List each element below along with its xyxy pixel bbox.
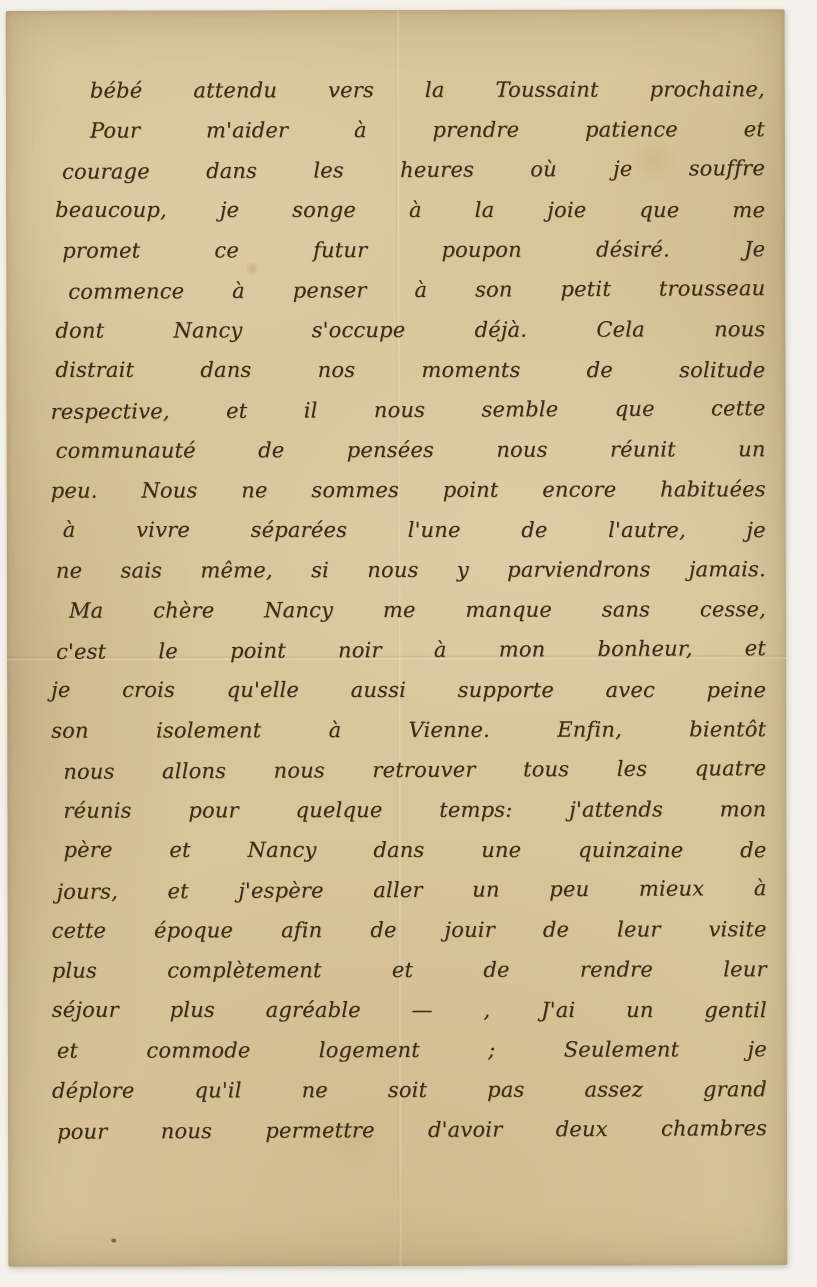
letter-line: ne sais même, si nous y parviendrons jam…	[51, 549, 766, 590]
letter-line: beaucoup, je songe à la joie que me	[50, 190, 765, 230]
letter-line: communauté de pensées nous réunit un	[51, 429, 766, 470]
letter-line: déplore qu'il ne soit pas assez grand	[52, 1069, 767, 1110]
letter-line: c'est le point noir à mon bonheur, et	[51, 628, 766, 672]
letter-line: Ma chère Nancy me manque sans cesse,	[51, 589, 766, 630]
letter-line: Pour m'aider à prendre patience et	[50, 109, 765, 150]
ink-speck	[111, 1239, 116, 1243]
letter-line: courage dans les heures où je souffre	[50, 148, 765, 192]
letter-line: et commode logement ; Seulement je	[52, 1029, 767, 1070]
letter-line: jours, et j'espère aller un peu mieux à	[51, 868, 766, 912]
letter-line: père et Nancy dans une quinzaine de	[51, 830, 766, 870]
letter-line: cette époque afin de jouir de leur visit…	[52, 909, 767, 950]
letter-line: séjour plus agréable — , J'ai un gentil	[52, 990, 767, 1030]
letter-line: je crois qu'elle aussi supporte avec pei…	[51, 670, 766, 710]
letter-line: à vivre séparées l'une de l'autre, je	[51, 510, 766, 550]
letter-text: bébé attendu vers la Toussaint prochaine…	[50, 69, 767, 1150]
letter-line: promet ce futur poupon désiré. Je	[50, 229, 765, 270]
letter-line: son isolement à Vienne. Enfin, bientôt	[51, 709, 766, 750]
letter-page: bébé attendu vers la Toussaint prochaine…	[6, 9, 788, 1267]
letter-line: dont Nancy s'occupe déjà. Cela nous	[50, 309, 765, 350]
letter-line: respective, et il nous semble que cette	[50, 388, 765, 432]
letter-line: nous allons nous retrouver tous les quat…	[51, 748, 766, 792]
scan-background: { "document": { "kind": "handwritten-let…	[0, 0, 817, 1287]
letter-line: réunis pour quelque temps: j'attends mon	[51, 789, 766, 830]
letter-line: bébé attendu vers la Toussaint prochaine…	[50, 69, 765, 110]
letter-line: plus complètement et de rendre leur	[52, 949, 767, 990]
letter-line: pour nous permettre d'avoir deux chambre…	[52, 1108, 767, 1152]
letter-line: distrait dans nos moments de solitude	[50, 350, 765, 390]
letter-line: commence à penser à son petit trousseau	[50, 268, 765, 312]
letter-line: peu. Nous ne sommes point encore habitué…	[51, 469, 766, 510]
